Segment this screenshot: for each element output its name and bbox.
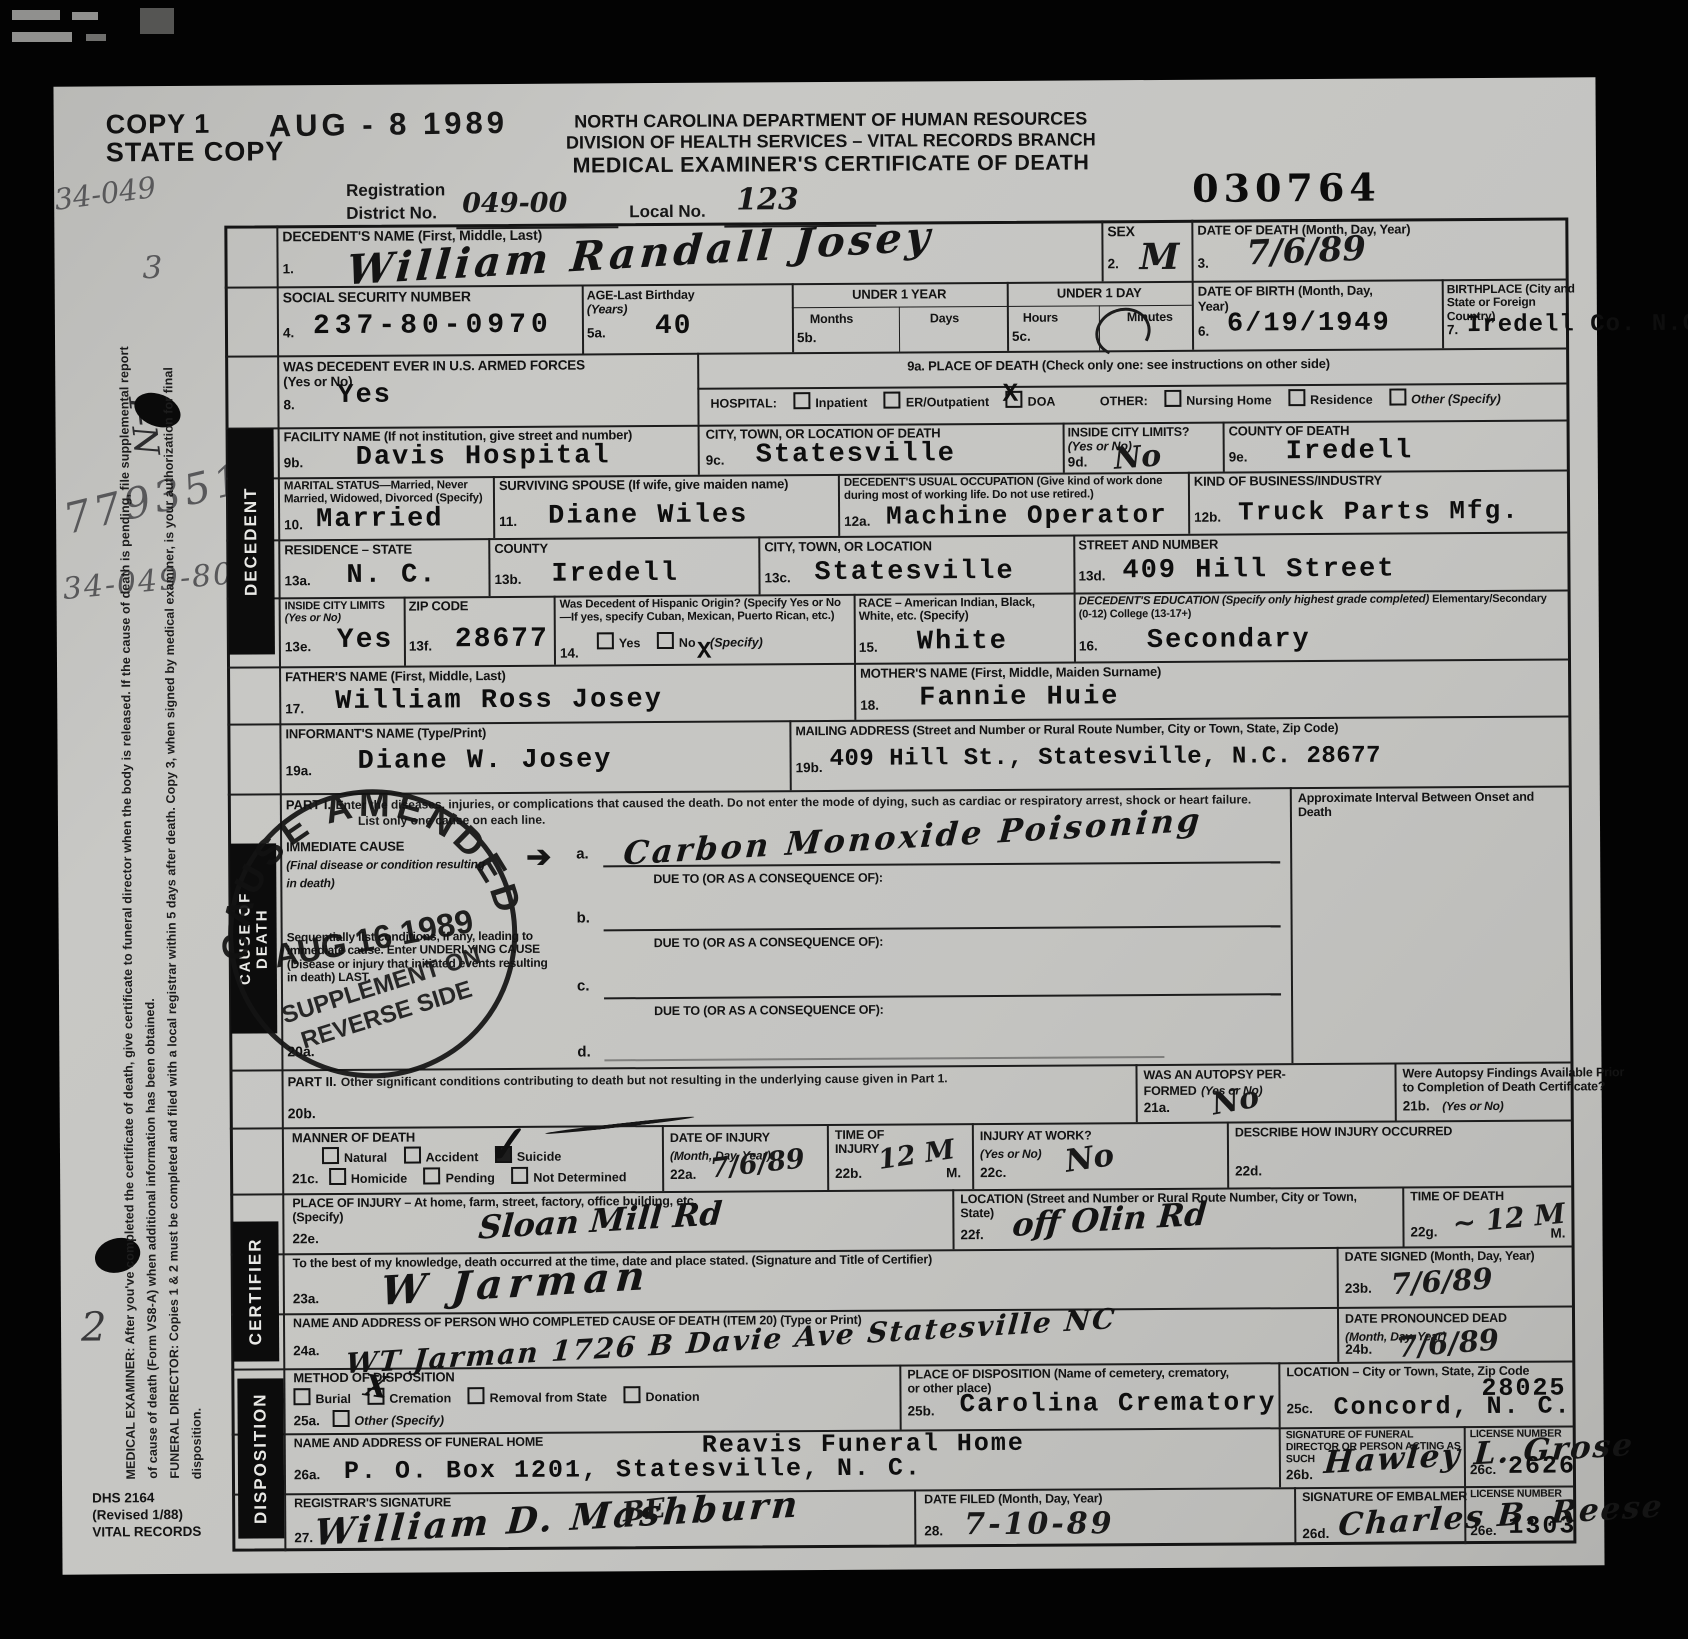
- field-res-state-num: 13a.: [284, 573, 310, 588]
- certificate-paper: COPY 1 STATE COPY AUG - 8 1989 NORTH CAR…: [53, 77, 1604, 1574]
- date-signed-label: DATE SIGNED (Month, Day, Year): [1345, 1249, 1565, 1264]
- field-res-county-label: COUNTY: [494, 542, 548, 557]
- section-label-certifier: CERTIFIER: [232, 1221, 279, 1361]
- field-res-state-value: N. C.: [346, 560, 437, 591]
- field-dod-num: 3.: [1198, 256, 1209, 271]
- field-under1year-num: 5b.: [797, 330, 817, 345]
- under1day-minutes: Minutes: [1127, 310, 1173, 324]
- field-education-value: Secondary: [1147, 625, 1311, 656]
- field-ssn-label: SOCIAL SECURITY NUMBER: [283, 289, 471, 306]
- time-of-death-suffix: M.: [1550, 1226, 1565, 1241]
- grid-line: [1074, 592, 1076, 661]
- field-education-num: 16.: [1079, 638, 1098, 653]
- field-place-of-death-label: 9a. PLACE OF DEATH (Check only one: see …: [907, 357, 1330, 374]
- copy-line1: COPY 1: [106, 109, 285, 138]
- checkbox-burial: [293, 1388, 310, 1405]
- hispanic-options: Yes No (Specify): [597, 631, 763, 652]
- field-armed-forces-value: Yes: [337, 381, 392, 411]
- field-facility-num: 9b.: [284, 455, 304, 470]
- checkbox-er-outpatient: [884, 392, 901, 409]
- copy-line2: STATE COPY: [106, 138, 285, 167]
- manner-options-row1: Natural Accident ✓Suicide: [322, 1146, 561, 1167]
- checkbox-not-determined: [511, 1167, 528, 1184]
- autopsy-label1: WAS AN AUTOPSY PER-: [1143, 1067, 1285, 1082]
- grid-line: [854, 663, 856, 720]
- grid-line: [1192, 281, 1194, 350]
- field-name-num: 1.: [283, 261, 294, 276]
- emb-license-num: 26e.: [1470, 1523, 1496, 1538]
- field-ssn-num: 4.: [283, 325, 294, 340]
- field-inside-limits-death-num: 9d.: [1068, 454, 1088, 469]
- field-hispanic-num: 14.: [560, 646, 579, 661]
- date-filed-value: 7-10-89: [964, 1506, 1114, 1542]
- field-mailing-value: 409 Hill St., Statesville, N.C. 28677: [830, 743, 1382, 773]
- due-to-1: DUE TO (OR AS A CONSEQUENCE OF):: [653, 871, 883, 886]
- time-of-death-num: 22g.: [1410, 1224, 1437, 1239]
- field-spouse-num: 11.: [499, 514, 517, 529]
- film-mark: [12, 10, 60, 20]
- injury-at-work-value: No: [1063, 1137, 1117, 1180]
- cremation-x-mark: X: [362, 1368, 390, 1406]
- due-to-3: DUE TO (OR AS A CONSEQUENCE OF):: [654, 1003, 884, 1018]
- doa-x-mark: X: [1003, 379, 1019, 409]
- grid-line: [1227, 1122, 1229, 1188]
- form-heading: NORTH CAROLINA DEPARTMENT OF HUMAN RESOU…: [521, 108, 1141, 179]
- certificate-number: 030764: [1192, 165, 1381, 211]
- field-sex-label: SEX: [1107, 224, 1135, 240]
- checkbox-pending: [424, 1167, 441, 1184]
- form-org: VITAL RECORDS: [92, 1524, 201, 1542]
- registration-label: Registration: [346, 180, 445, 201]
- manner-options-row2: 21c. Homicide Pending Not Determined: [292, 1166, 626, 1188]
- arrow-icon: ➔: [526, 840, 551, 875]
- grid-line: [972, 1123, 974, 1189]
- fd-signature-num: 26b.: [1286, 1467, 1313, 1482]
- field-mother-label: MOTHER'S NAME (First, Middle, Maiden Sur…: [860, 665, 1161, 681]
- field-father-value: William Ross Josey: [335, 685, 663, 717]
- field-dob-num: 6.: [1198, 324, 1209, 339]
- funeral-director-note-line2: disposition.: [190, 1407, 204, 1478]
- grid-line: [488, 538, 490, 596]
- section-label-decedent: DECEDENT: [228, 428, 275, 654]
- grid-line: [899, 1365, 901, 1430]
- field-inside-limits-res-num: 13e.: [285, 639, 311, 654]
- field-county-of-death-num: 9e.: [1229, 449, 1248, 464]
- time-of-death-label: TIME OF DEATH: [1410, 1189, 1504, 1204]
- grid-line: [1294, 1487, 1296, 1545]
- field-industry-label: KIND OF BUSINESS/INDUSTRY: [1194, 474, 1382, 490]
- date-filed-num: 28.: [924, 1523, 943, 1538]
- field-father-num: 17.: [285, 701, 304, 716]
- describe-injury-num: 22d.: [1235, 1163, 1262, 1178]
- registrar-num: 27.: [294, 1530, 313, 1545]
- grid-line: [1135, 1064, 1137, 1122]
- grid-line: [1188, 472, 1190, 534]
- field-race-value: White: [917, 627, 1008, 658]
- grid-line: [854, 594, 856, 663]
- grid-line: [1394, 1063, 1396, 1121]
- grid-line: [582, 284, 584, 353]
- registrar-note: BE: [621, 1493, 668, 1529]
- time-of-injury-suffix: M.: [946, 1165, 961, 1180]
- grid-line: [1101, 220, 1103, 281]
- grid-line: [827, 1124, 829, 1190]
- film-mark: [140, 8, 174, 34]
- checkbox-residence: [1288, 389, 1305, 406]
- medical-examiner-note-line2: of cause of death (Form VS8-A) when addi…: [143, 998, 160, 1479]
- grid-line: [1063, 423, 1065, 473]
- pencil-2: 2: [81, 1304, 107, 1350]
- grid-line: [1279, 1427, 1281, 1487]
- field-city-of-death-value: Statesville: [756, 439, 956, 470]
- copy-label: COPY 1 STATE COPY: [106, 109, 285, 167]
- checkbox-hispanic-yes: [597, 632, 614, 649]
- certifier-num: 23a.: [293, 1291, 319, 1306]
- field-occupation-num: 12a.: [844, 514, 870, 529]
- field-dob-value: 6/19/1949: [1227, 309, 1391, 340]
- grid-line: [493, 476, 495, 538]
- field-res-county-value: Iredell: [551, 559, 679, 590]
- field-res-city-label: CITY, TOWN, OR LOCATION: [764, 539, 932, 555]
- section-label-disposition: DISPOSITION: [237, 1378, 284, 1538]
- checkbox-accident: [403, 1147, 420, 1164]
- findings-label1: Were Autopsy Findings Available Prior: [1402, 1065, 1624, 1080]
- time-of-injury-num: 22b.: [835, 1166, 862, 1181]
- field-sex-num: 2.: [1108, 256, 1119, 271]
- under1year-months: Months: [810, 312, 853, 326]
- field-mother-value: Fannie Huie: [919, 682, 1119, 713]
- location-injury-num: 22f.: [960, 1227, 983, 1242]
- pencil-code-bottom: 34-049-80: [61, 556, 235, 607]
- grid-line: [1073, 534, 1075, 592]
- film-mark: [12, 32, 72, 42]
- under1year-days: Days: [930, 311, 959, 325]
- field-under1day-num: 5c.: [1012, 329, 1031, 344]
- form-id-block: DHS 2164 (Revised 1/88) VITAL RECORDS: [92, 1490, 201, 1541]
- fd-license-label: LICENSE NUMBER: [1470, 1428, 1570, 1440]
- funeral-home-value2: P. O. Box 1201, Statesville, N. C.: [344, 1453, 922, 1486]
- pencil-3: 3: [142, 250, 162, 286]
- emb-license-value: 1303: [1508, 1511, 1576, 1540]
- field-mailing-num: 19b.: [796, 760, 823, 775]
- checkbox-removal: [468, 1387, 485, 1404]
- checkbox-inpatient: [793, 392, 810, 409]
- interval-label: Approximate Interval Between Onset and D…: [1298, 790, 1538, 819]
- field-inside-limits-res-label: INSIDE CITY LIMITS (Yes or No): [285, 600, 400, 625]
- field-facility-value: Davis Hospital: [356, 441, 611, 473]
- fd-license-num: 26c.: [1470, 1462, 1496, 1477]
- field-zip-num: 13f.: [409, 638, 432, 653]
- field-under1year-label: UNDER 1 YEAR: [792, 287, 1007, 303]
- describe-injury-label: DESCRIBE HOW INJURY OCCURRED: [1235, 1124, 1452, 1139]
- field-birthplace-value: Iredell Co. N.C.: [1467, 311, 1688, 340]
- checkbox-homicide: [329, 1168, 346, 1185]
- field-res-street-num: 13d.: [1078, 568, 1105, 583]
- funeral-director-note-line1: FUNERAL DIRECTOR: Copies 1 & 2 must be c…: [161, 367, 182, 1479]
- autopsy-num: 21a.: [1144, 1100, 1170, 1115]
- grid-line: [838, 474, 840, 536]
- field-zip-label: ZIP CODE: [409, 599, 469, 614]
- field-armed-forces-label: WAS DECEDENT EVER IN U.S. ARMED FORCES (…: [283, 357, 613, 389]
- field-res-street-label: STREET AND NUMBER: [1078, 538, 1218, 553]
- field-dod-value: 7/6/89: [1246, 229, 1367, 274]
- checkbox-nursing-home: [1164, 390, 1181, 407]
- line-d-num: d.: [577, 1043, 590, 1060]
- emb-license-label: LICENSE NUMBER: [1470, 1488, 1570, 1500]
- field-informant-num: 19a.: [286, 763, 312, 778]
- form-id: DHS 2164: [92, 1490, 201, 1508]
- due-to-2: DUE TO (OR AS A CONSEQUENCE OF):: [654, 935, 884, 950]
- field-informant-label: INFORMANT'S NAME (Type/Print): [285, 726, 486, 742]
- checkbox-hispanic-no: [657, 632, 674, 649]
- field-occupation-value: Machine Operator: [886, 500, 1168, 532]
- form-title: MEDICAL EXAMINER'S CERTIFICATE OF DEATH: [521, 150, 1141, 179]
- checkbox-other: [1389, 388, 1406, 405]
- location-disposition-num: 25c.: [1287, 1401, 1313, 1416]
- findings-num-line: 21b. (Yes or No): [1403, 1097, 1504, 1116]
- checkbox-doa: X: [1006, 391, 1023, 408]
- checkbox-cremation: X: [367, 1388, 384, 1405]
- field-sex-value: M: [1139, 236, 1179, 278]
- pencil-number: 779351: [59, 453, 250, 543]
- grid-line: [952, 1189, 954, 1249]
- field-education-label: DECEDENT'S EDUCATION (Specify only highe…: [1079, 593, 1549, 622]
- grid-line: [1402, 1186, 1404, 1246]
- field-race-num: 15.: [859, 640, 878, 655]
- checkbox-natural: [322, 1147, 339, 1164]
- field-marital-num: 10.: [284, 517, 303, 532]
- field-res-street-value: 409 Hill Street: [1122, 555, 1395, 587]
- field-ssn-value: 237-80-0970: [313, 310, 553, 342]
- manner-label: MANNER OF DEATH: [292, 1131, 415, 1146]
- grid-line: [1442, 279, 1444, 348]
- field-zip-value: 28677: [455, 624, 549, 656]
- field-inside-limits-res-value: Yes: [337, 625, 394, 656]
- pencil-code-top: 34-049: [52, 170, 158, 217]
- local-label: Local No.: [629, 202, 706, 222]
- method-options: Burial XCremation Removal from State Don…: [293, 1386, 699, 1408]
- grid-line: [554, 596, 556, 665]
- grid-line: [1337, 1307, 1339, 1362]
- field-res-city-value: Statesville: [814, 557, 1014, 588]
- method-other-line: 25a. Other (Specify): [294, 1409, 444, 1430]
- field-res-state-label: RESIDENCE – STATE: [284, 543, 412, 558]
- grid-line: [1191, 220, 1193, 281]
- field-inside-limits-death-value: No: [1112, 438, 1162, 476]
- field-birthplace-num: 7.: [1447, 322, 1458, 337]
- local-value: 123: [736, 182, 799, 217]
- other-label: OTHER:: [1100, 394, 1148, 408]
- field-spouse-label: SURVIVING SPOUSE (If wife, give maiden n…: [499, 477, 829, 494]
- grid-line: [758, 536, 760, 594]
- fd-license-value: 2626: [1508, 1451, 1576, 1480]
- field-race-label: RACE – American Indian, Black, White, et…: [859, 596, 1059, 624]
- date-filed-label: DATE FILED (Month, Day, Year): [924, 1491, 1174, 1507]
- field-city-of-death-num: 9c.: [706, 453, 725, 468]
- num-20b: 20b.: [288, 1105, 316, 1121]
- field-age-num: 5a.: [587, 325, 606, 340]
- field-mother-num: 18.: [860, 698, 879, 713]
- district-label: District No.: [346, 203, 437, 224]
- field-armed-forces-num: 8.: [283, 397, 294, 412]
- field-marital-label: MARITAL STATUS—Married, Never Married, W…: [284, 479, 484, 506]
- field-marital-value: Married: [316, 504, 444, 535]
- grid-line: [789, 720, 791, 790]
- received-date-stamp: AUG - 8 1989: [268, 105, 508, 145]
- embalmer-num: 26d.: [1302, 1526, 1329, 1541]
- date-signed-num: 23b.: [1345, 1281, 1372, 1296]
- field-occupation-label: DECEDENT'S USUAL OCCUPATION (Give kind o…: [844, 475, 1184, 503]
- grid-line: [662, 1125, 664, 1191]
- field-father-label: FATHER'S NAME (First, Middle, Last): [285, 669, 506, 685]
- place-disposition-value: Carolina Crematory: [959, 1387, 1276, 1419]
- funeral-home-label: NAME AND ADDRESS OF FUNERAL HOME: [294, 1435, 543, 1451]
- field-hispanic-value: X: [697, 639, 714, 666]
- field-hispanic-label: Was Decedent of Hispanic Origin? (Specif…: [560, 597, 852, 625]
- grid-line: [1223, 422, 1225, 472]
- completer-num: 24a.: [293, 1343, 319, 1358]
- funeral-home-num: 26a.: [294, 1467, 320, 1482]
- grid-line: [404, 597, 406, 666]
- place-disposition-num: 25b.: [908, 1403, 935, 1418]
- film-mark: [72, 12, 98, 20]
- grid-line: [1337, 1247, 1339, 1307]
- checkbox-donation: [623, 1386, 640, 1403]
- date-of-injury-num: 22a.: [670, 1167, 696, 1182]
- district-value: 049-00: [462, 188, 567, 220]
- grid-line: [914, 1489, 916, 1547]
- line-b-num: b.: [577, 909, 590, 926]
- grid-line: [698, 425, 700, 475]
- cause-amended-stamp: CAUSE AMENDED AUG 16 1989 SUPPLEMENT ON …: [191, 752, 554, 1115]
- date-signed-value: 7/6/89: [1390, 1261, 1494, 1301]
- field-age-value: 40: [655, 311, 693, 342]
- line-c-num: c.: [577, 977, 590, 994]
- checkbox-suicide: ✓: [495, 1146, 512, 1163]
- hospital-label: HOSPITAL:: [710, 396, 777, 410]
- location-disposition-value: Concord, N. C.: [1333, 1391, 1571, 1421]
- field-industry-value: Truck Parts Mfg.: [1238, 496, 1520, 528]
- checkbox-method-other: [332, 1410, 349, 1427]
- film-mark: [86, 34, 106, 41]
- table-borders: [53, 77, 1595, 86]
- scanned-death-certificate: { "header": { "copy_line1": "COPY 1", "c…: [0, 0, 1688, 1639]
- grid-line: [1278, 1362, 1280, 1427]
- field-industry-num: 12b.: [1194, 510, 1221, 525]
- field-res-county-num: 13b.: [494, 572, 521, 587]
- date-pronounced-num: 24b.: [1345, 1342, 1372, 1357]
- under1day-hours: Hours: [1023, 311, 1058, 325]
- field-under1day-label: UNDER 1 DAY: [1007, 286, 1192, 302]
- field-spouse-value: Diane Wiles: [548, 500, 748, 531]
- form-revision: (Revised 1/88): [92, 1507, 201, 1525]
- field-res-city-num: 13c.: [764, 570, 790, 585]
- place-of-injury-num: 22e.: [292, 1231, 318, 1246]
- field-county-of-death-value: Iredell: [1286, 436, 1414, 467]
- injury-at-work-num: 22c.: [980, 1165, 1006, 1180]
- findings-label2: to Completion of Death Certificate?: [1403, 1079, 1606, 1094]
- line-a-num: a.: [576, 845, 589, 862]
